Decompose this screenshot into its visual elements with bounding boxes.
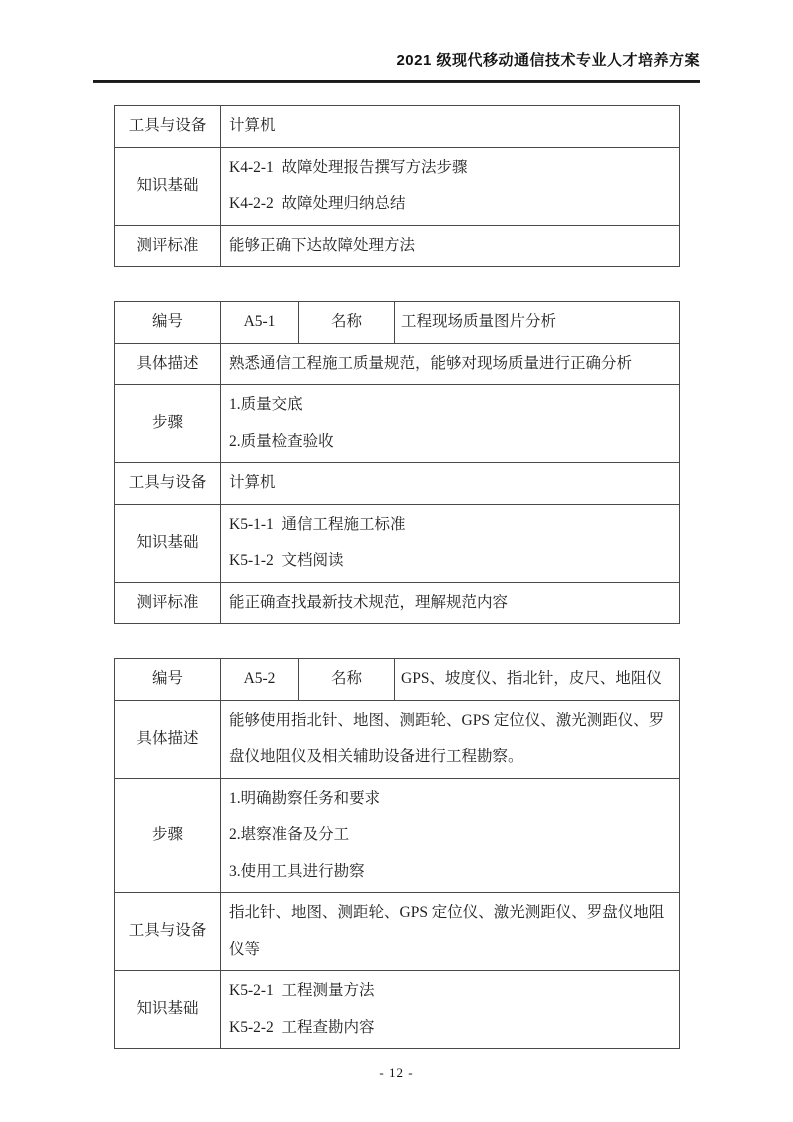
value-line: K5-2-1 工程测量方法 — [229, 973, 671, 1010]
table-header-row: 编号 A5-1 名称 工程现场质量图片分析 — [115, 302, 680, 344]
row-label-cell: 步骤 — [115, 385, 221, 463]
value-line: 计算机 — [229, 108, 671, 145]
value-line: K4-2-1 故障处理报告撰写方法步骤 — [229, 150, 671, 187]
table-row: 工具与设备 计算机 — [115, 106, 680, 148]
row-label-cell: 测评标准 — [115, 582, 221, 624]
value-line: 1.质量交底 — [229, 387, 671, 424]
value-line: 能够正确下达故障处理方法 — [229, 228, 671, 265]
value-line: 3.使用工具进行勘察 — [229, 854, 671, 891]
page-number: - 12 - — [379, 1065, 413, 1080]
row-value-cell: 能正确查找最新技术规范，理解规范内容 — [221, 582, 680, 624]
value-line: 熟悉通信工程施工质量规范，能够对现场质量进行正确分析 — [229, 346, 671, 383]
row-value-cell: K5-1-1 通信工程施工标准 K5-1-2 文档阅读 — [221, 504, 680, 582]
task-name-cell: 工程现场质量图片分析 — [395, 302, 680, 344]
table-row: 步骤 1.明确勘察任务和要求 2.堪察准备及分工 3.使用工具进行勘察 — [115, 778, 680, 893]
row-value-cell: 计算机 — [221, 106, 680, 148]
row-label-cell: 知识基础 — [115, 971, 221, 1049]
row-label-cell: 具体描述 — [115, 700, 221, 778]
value-line: 2.质量检查验收 — [229, 424, 671, 461]
value-line: 1.明确勘察任务和要求 — [229, 781, 671, 818]
row-value-cell: 计算机 — [221, 463, 680, 505]
value-line: 能够使用指北针、地图、测距轮、GPS 定位仪、激光测距仪、罗盘仪地阻仪及相关辅助… — [229, 703, 671, 776]
row-label-cell: 步骤 — [115, 778, 221, 893]
id-label-cell: 编号 — [115, 659, 221, 701]
row-value-cell: 熟悉通信工程施工质量规范，能够对现场质量进行正确分析 — [221, 343, 680, 385]
id-label-cell: 编号 — [115, 302, 221, 344]
row-value-cell: K5-2-1 工程测量方法 K5-2-2 工程查勘内容 — [221, 971, 680, 1049]
page-header: 2021 级现代移动通信技术专业人才培养方案 — [0, 0, 793, 83]
table-row: 测评标准 能够正确下达故障处理方法 — [115, 225, 680, 267]
table-row: 具体描述 熟悉通信工程施工质量规范，能够对现场质量进行正确分析 — [115, 343, 680, 385]
task-table-a5-2: 编号 A5-2 名称 GPS、坡度仪、指北针，皮尺、地阻仪 具体描述 能够使用指… — [114, 658, 680, 1049]
table-row: 工具与设备 指北针、地图、测距轮、GPS 定位仪、激光测距仪、罗盘仪地阻仪等 — [115, 893, 680, 971]
value-line: 2.堪察准备及分工 — [229, 817, 671, 854]
row-label-cell: 工具与设备 — [115, 463, 221, 505]
header-title: 2021 级现代移动通信技术专业人才培养方案 — [0, 50, 700, 71]
table-row: 知识基础 K4-2-1 故障处理报告撰写方法步骤 K4-2-2 故障处理归纳总结 — [115, 147, 680, 225]
task-table-a5-1: 编号 A5-1 名称 工程现场质量图片分析 具体描述 熟悉通信工程施工质量规范，… — [114, 301, 680, 624]
table-row: 测评标准 能正确查找最新技术规范，理解规范内容 — [115, 582, 680, 624]
row-value-cell: 1.质量交底 2.质量检查验收 — [221, 385, 680, 463]
row-label-cell: 工具与设备 — [115, 106, 221, 148]
page-footer: - 12 - — [0, 1065, 793, 1081]
value-line: K5-2-2 工程查勘内容 — [229, 1010, 671, 1047]
name-label-cell: 名称 — [299, 302, 395, 344]
table-row: 工具与设备 计算机 — [115, 463, 680, 505]
table-row: 步骤 1.质量交底 2.质量检查验收 — [115, 385, 680, 463]
row-value-cell: 能够使用指北针、地图、测距轮、GPS 定位仪、激光测距仪、罗盘仪地阻仪及相关辅助… — [221, 700, 680, 778]
row-value-cell: 指北针、地图、测距轮、GPS 定位仪、激光测距仪、罗盘仪地阻仪等 — [221, 893, 680, 971]
row-label-cell: 工具与设备 — [115, 893, 221, 971]
row-value-cell: 1.明确勘察任务和要求 2.堪察准备及分工 3.使用工具进行勘察 — [221, 778, 680, 893]
value-line: K5-1-2 文档阅读 — [229, 543, 671, 580]
task-name-cell: GPS、坡度仪、指北针，皮尺、地阻仪 — [395, 659, 680, 701]
row-label-cell: 知识基础 — [115, 147, 221, 225]
value-line: 能正确查找最新技术规范，理解规范内容 — [229, 585, 671, 622]
name-label-cell: 名称 — [299, 659, 395, 701]
header-rule — [93, 80, 700, 83]
table-header-row: 编号 A5-2 名称 GPS、坡度仪、指北针，皮尺、地阻仪 — [115, 659, 680, 701]
table-row: 知识基础 K5-1-1 通信工程施工标准 K5-1-2 文档阅读 — [115, 504, 680, 582]
row-value-cell: K4-2-1 故障处理报告撰写方法步骤 K4-2-2 故障处理归纳总结 — [221, 147, 680, 225]
row-value-cell: 能够正确下达故障处理方法 — [221, 225, 680, 267]
table-row: 知识基础 K5-2-1 工程测量方法 K5-2-2 工程查勘内容 — [115, 971, 680, 1049]
table-row: 具体描述 能够使用指北针、地图、测距轮、GPS 定位仪、激光测距仪、罗盘仪地阻仪… — [115, 700, 680, 778]
row-label-cell: 知识基础 — [115, 504, 221, 582]
value-line: K5-1-1 通信工程施工标准 — [229, 507, 671, 544]
value-line: K4-2-2 故障处理归纳总结 — [229, 186, 671, 223]
row-label-cell: 具体描述 — [115, 343, 221, 385]
row-label-cell: 测评标准 — [115, 225, 221, 267]
value-line: 计算机 — [229, 465, 671, 502]
value-line: 指北针、地图、测距轮、GPS 定位仪、激光测距仪、罗盘仪地阻仪等 — [229, 895, 671, 968]
task-code-cell: A5-2 — [221, 659, 299, 701]
task-code-cell: A5-1 — [221, 302, 299, 344]
task-table-k4: 工具与设备 计算机 知识基础 K4-2-1 故障处理报告撰写方法步骤 K4-2-… — [114, 105, 680, 267]
